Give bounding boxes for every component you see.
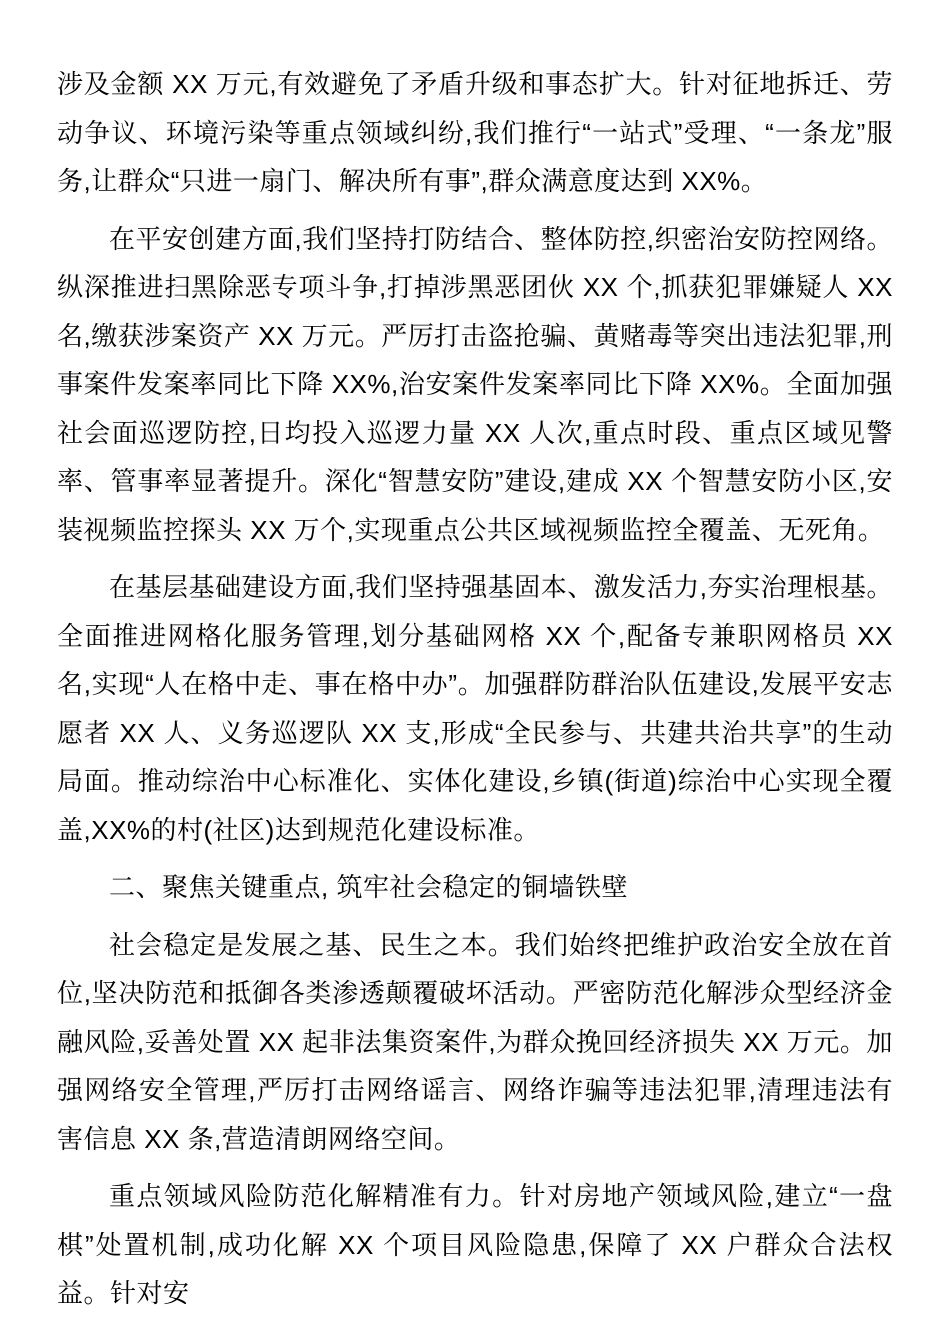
body-paragraph-continuation: 涉及金额 XX 万元,有效避免了矛盾升级和事态扩大。针对征地拆迁、劳动争议、环境…	[57, 60, 893, 206]
document-text-block: 涉及金额 XX 万元,有效避免了矛盾升级和事态扩大。针对征地拆迁、劳动争议、环境…	[57, 60, 893, 1327]
body-paragraph: 社会稳定是发展之基、民生之本。我们始终把维护政治安全放在首位,坚决防范和抵御各类…	[57, 921, 893, 1164]
body-paragraph-cut-off: 重点领域风险防范化解精准有力。针对房地产领域风险,建立“一盘棋”处置机制,成功化…	[57, 1172, 893, 1318]
section-heading: 二、聚焦关键重点, 筑牢社会稳定的铜墙铁壁	[57, 863, 893, 912]
document-page: 涉及金额 XX 万元,有效避免了矛盾升级和事态扩大。针对征地拆迁、劳动争议、环境…	[0, 0, 950, 1344]
body-paragraph: 在基层基础建设方面,我们坚持强基固本、激发活力,夯实治理根基。全面推进网格化服务…	[57, 563, 893, 854]
body-paragraph: 在平安创建方面,我们坚持打防结合、整体防控,织密治安防控网络。纵深推进扫黑除恶专…	[57, 215, 893, 555]
